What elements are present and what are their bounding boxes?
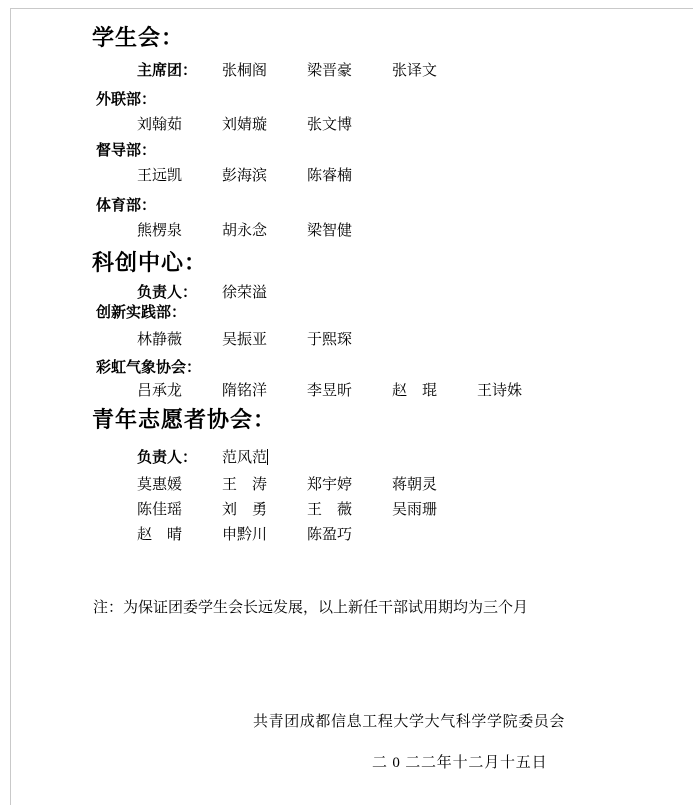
member-row: 王远凯 彭海滨 陈睿楠 xyxy=(137,167,392,186)
group-heading: 外联部： xyxy=(96,91,156,110)
member-row: 刘翰茹 刘婧璇 张文博 xyxy=(137,116,392,135)
member-name: 吕承龙 xyxy=(137,382,222,401)
member-name: 陈盈巧 xyxy=(307,526,392,545)
section-title-youth-volunteers: 青年志愿者协会： xyxy=(92,407,276,433)
member-name: 郑宇婷 xyxy=(307,476,392,495)
member-name: 张译文 xyxy=(392,62,477,81)
member-name: 申黔川 xyxy=(222,526,307,545)
member-name: 蒋朝灵 xyxy=(392,476,477,495)
member-row: 吕承龙 隋铭洋 李昱昕 赵 琨 王诗姝 xyxy=(137,382,562,401)
member-name: 彭海滨 xyxy=(222,167,307,186)
member-name: 范风范 xyxy=(222,449,307,468)
footnote: 注：为保证团委学生会长远发展，以上新任干部试用期均为三个月 xyxy=(93,599,528,618)
member-name: 刘翰茹 xyxy=(137,116,222,135)
member-name: 王远凯 xyxy=(137,167,222,186)
member-name: 于熙琛 xyxy=(307,331,392,350)
member-name: 刘婧璇 xyxy=(222,116,307,135)
group-heading: 督导部： xyxy=(96,142,156,161)
member-name: 隋铭洋 xyxy=(222,382,307,401)
member-name: 林静薇 xyxy=(137,331,222,350)
group-heading: 创新实践部： xyxy=(96,304,186,323)
member-name: 赵 琨 xyxy=(392,382,477,401)
member-row: 赵 晴 申黔川 陈盈巧 xyxy=(137,526,392,545)
member-name: 赵 晴 xyxy=(137,526,222,545)
member-name: 张文博 xyxy=(307,116,392,135)
member-name: 熊楞泉 xyxy=(137,222,222,241)
role-label: 负责人： xyxy=(137,449,222,468)
member-row: 负责人： 徐荣溢 xyxy=(137,284,307,303)
member-name: 王诗姝 xyxy=(477,382,562,401)
member-name: 张桐阁 xyxy=(222,62,307,81)
member-row: 负责人： 范风范 xyxy=(137,449,307,468)
member-row: 陈佳瑶 刘 勇 王 薇 吴雨珊 xyxy=(137,501,477,520)
document-page[interactable]: 学生会： 主席团： 张桐阁 梁晋豪 张译文 外联部： 刘翰茹 刘婧璇 张文博 督… xyxy=(0,0,693,805)
member-name: 梁晋豪 xyxy=(307,62,392,81)
member-row: 莫惠媛 王 涛 郑宇婷 蒋朝灵 xyxy=(137,476,477,495)
member-row: 熊楞泉 胡永念 梁智健 xyxy=(137,222,392,241)
member-name: 陈睿楠 xyxy=(307,167,392,186)
member-name: 梁智健 xyxy=(307,222,392,241)
signature-line: 共青团成都信息工程大学大气科学学院委员会 xyxy=(253,712,565,732)
text-caret xyxy=(267,449,268,465)
role-label: 主席团： xyxy=(137,62,222,81)
section-title-sci-tech-center: 科创中心： xyxy=(92,250,207,276)
member-name-text: 范风范 xyxy=(222,450,267,466)
date-line: 二 0 二二年十二月十五日 xyxy=(372,754,547,773)
document-content: 学生会： 主席团： 张桐阁 梁晋豪 张译文 外联部： 刘翰茹 刘婧璇 张文博 督… xyxy=(0,0,693,773)
member-name: 徐荣溢 xyxy=(222,284,307,303)
member-name: 李昱昕 xyxy=(307,382,392,401)
member-name: 吴振亚 xyxy=(222,331,307,350)
member-name: 胡永念 xyxy=(222,222,307,241)
member-name: 刘 勇 xyxy=(222,501,307,520)
member-row: 主席团： 张桐阁 梁晋豪 张译文 xyxy=(137,62,477,81)
member-name: 莫惠媛 xyxy=(137,476,222,495)
section-title-student-union: 学生会： xyxy=(92,25,184,51)
group-heading: 体育部： xyxy=(96,197,156,216)
member-name: 陈佳瑶 xyxy=(137,501,222,520)
member-name: 吴雨珊 xyxy=(392,501,477,520)
group-heading: 彩虹气象协会： xyxy=(96,359,201,378)
member-name: 王 涛 xyxy=(222,476,307,495)
member-row: 林静薇 吴振亚 于熙琛 xyxy=(137,331,392,350)
role-label: 负责人： xyxy=(137,284,222,303)
member-name: 王 薇 xyxy=(307,501,392,520)
